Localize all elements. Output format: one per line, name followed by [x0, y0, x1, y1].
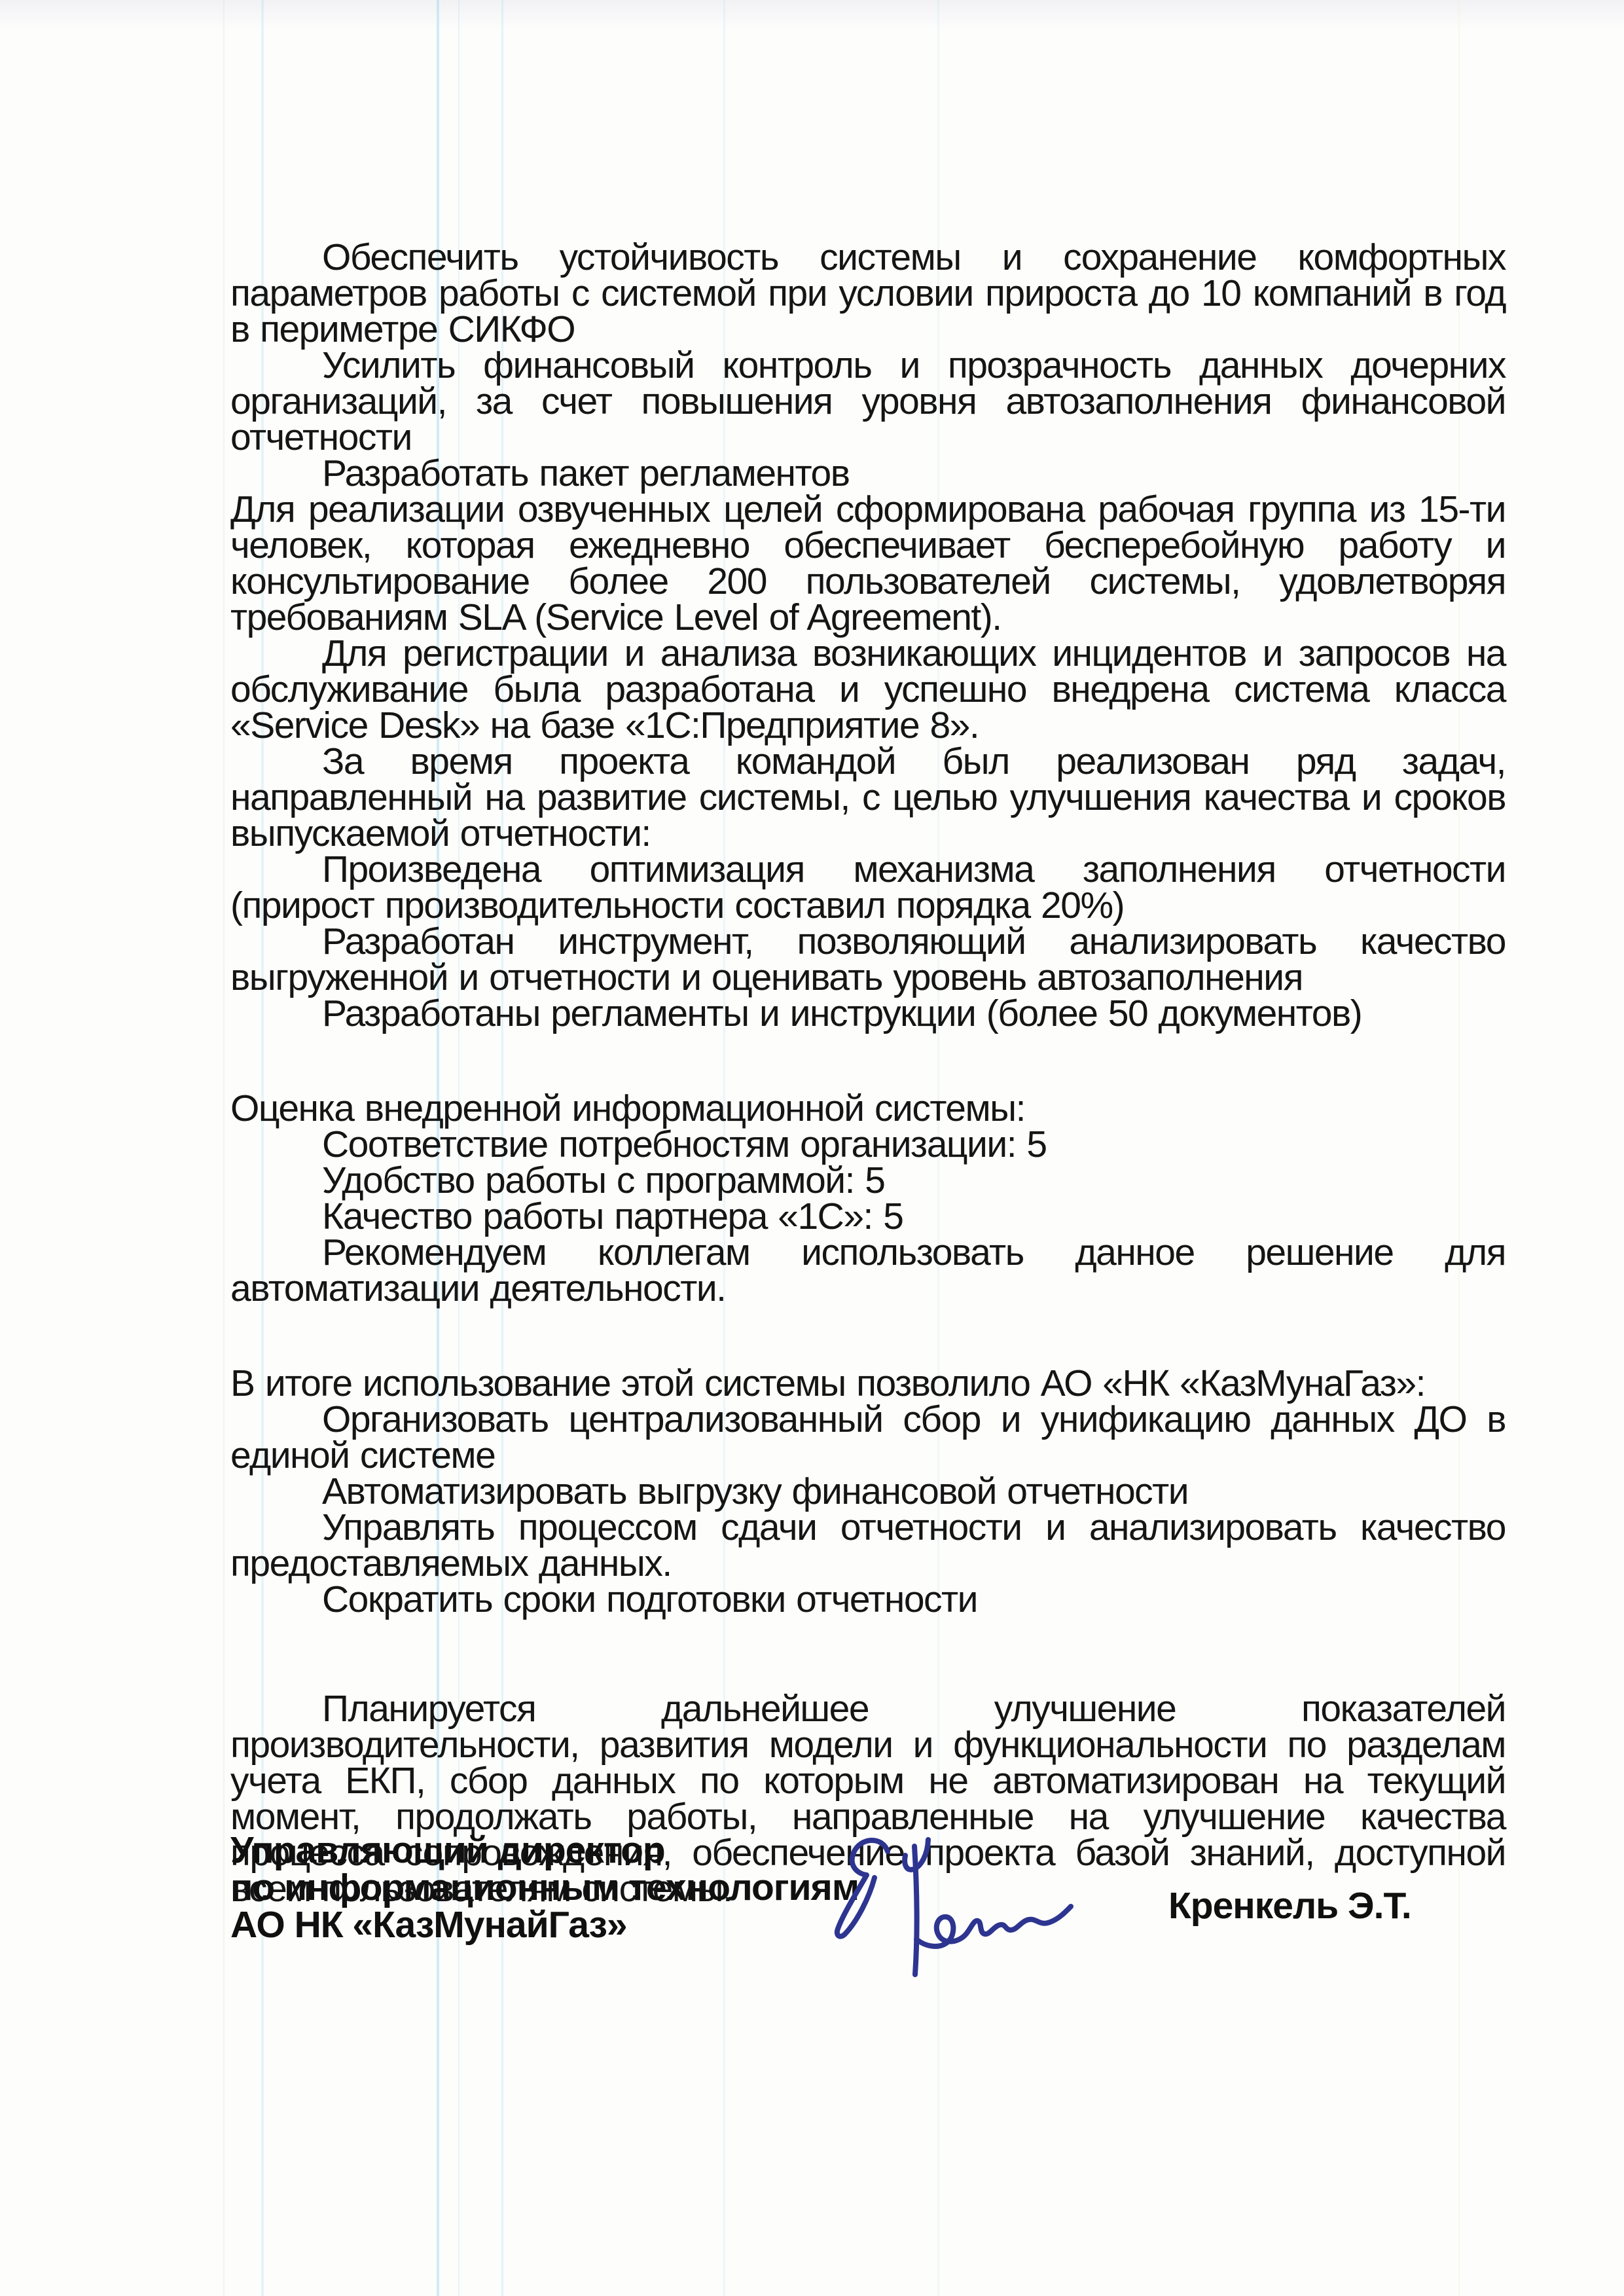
paragraph: Управлять процессом сдачи отчетности и а… — [230, 1510, 1506, 1582]
paragraph: Для реализации озвученных целей сформиро… — [230, 492, 1506, 636]
paragraph: Разработан инструмент, позволяющий анали… — [230, 924, 1506, 996]
paragraph: Сократить сроки подготовки отчетности — [230, 1582, 1506, 1618]
paragraph: В итоге использование этой системы позво… — [230, 1366, 1506, 1402]
document-body: Обеспечить устойчивость системы и сохран… — [230, 240, 1506, 1907]
signature-stroke — [916, 1906, 1071, 1946]
signatory-title-line: Управляющий директор — [230, 1832, 859, 1869]
paragraph: Разработаны регламенты и инструкции (бол… — [230, 996, 1506, 1032]
paragraph: Рекомендуем коллегам использовать данное… — [230, 1235, 1506, 1307]
scanned-page: Обеспечить устойчивость системы и сохран… — [0, 0, 1624, 2296]
signer-name: Кренкель Э.Т. — [1168, 1884, 1411, 1927]
paragraph: За время проекта командой был реализован… — [230, 744, 1506, 852]
signature-stroke — [905, 1840, 928, 1975]
signatory-title-line: АО НК «КазМунайГаз» — [230, 1906, 859, 1944]
paragraph: Удобство работы с программой: 5 — [230, 1163, 1506, 1199]
handwritten-signature-icon — [820, 1800, 1088, 2023]
signature-block: Управляющий директор по информационным т… — [230, 1832, 1506, 2107]
paragraph: Разработать пакет регламентов — [230, 456, 1506, 492]
paragraph: Организовать централизованный сбор и уни… — [230, 1402, 1506, 1474]
paragraph: Обеспечить устойчивость системы и сохран… — [230, 240, 1506, 348]
signature-stroke — [837, 1840, 888, 1937]
scan-artifact-top-band — [0, 0, 1624, 30]
signatory-title-line: по информационным технологиям — [230, 1869, 859, 1906]
scan-streak — [223, 0, 225, 2296]
paragraph: Усилить финансовый контроль и прозрачнос… — [230, 348, 1506, 456]
paragraph: Произведена оптимизация механизма заполн… — [230, 852, 1506, 924]
paragraph: Оценка внедренной информационной системы… — [230, 1091, 1506, 1127]
signatory-title: Управляющий директор по информационным т… — [230, 1832, 859, 1944]
paragraph: Для регистрации и анализа возникающих ин… — [230, 636, 1506, 744]
paragraph: Соответствие потребностям организации: 5 — [230, 1127, 1506, 1163]
paragraph: Автоматизировать выгрузку финансовой отч… — [230, 1474, 1506, 1510]
paragraph: Качество работы партнера «1С»: 5 — [230, 1199, 1506, 1235]
